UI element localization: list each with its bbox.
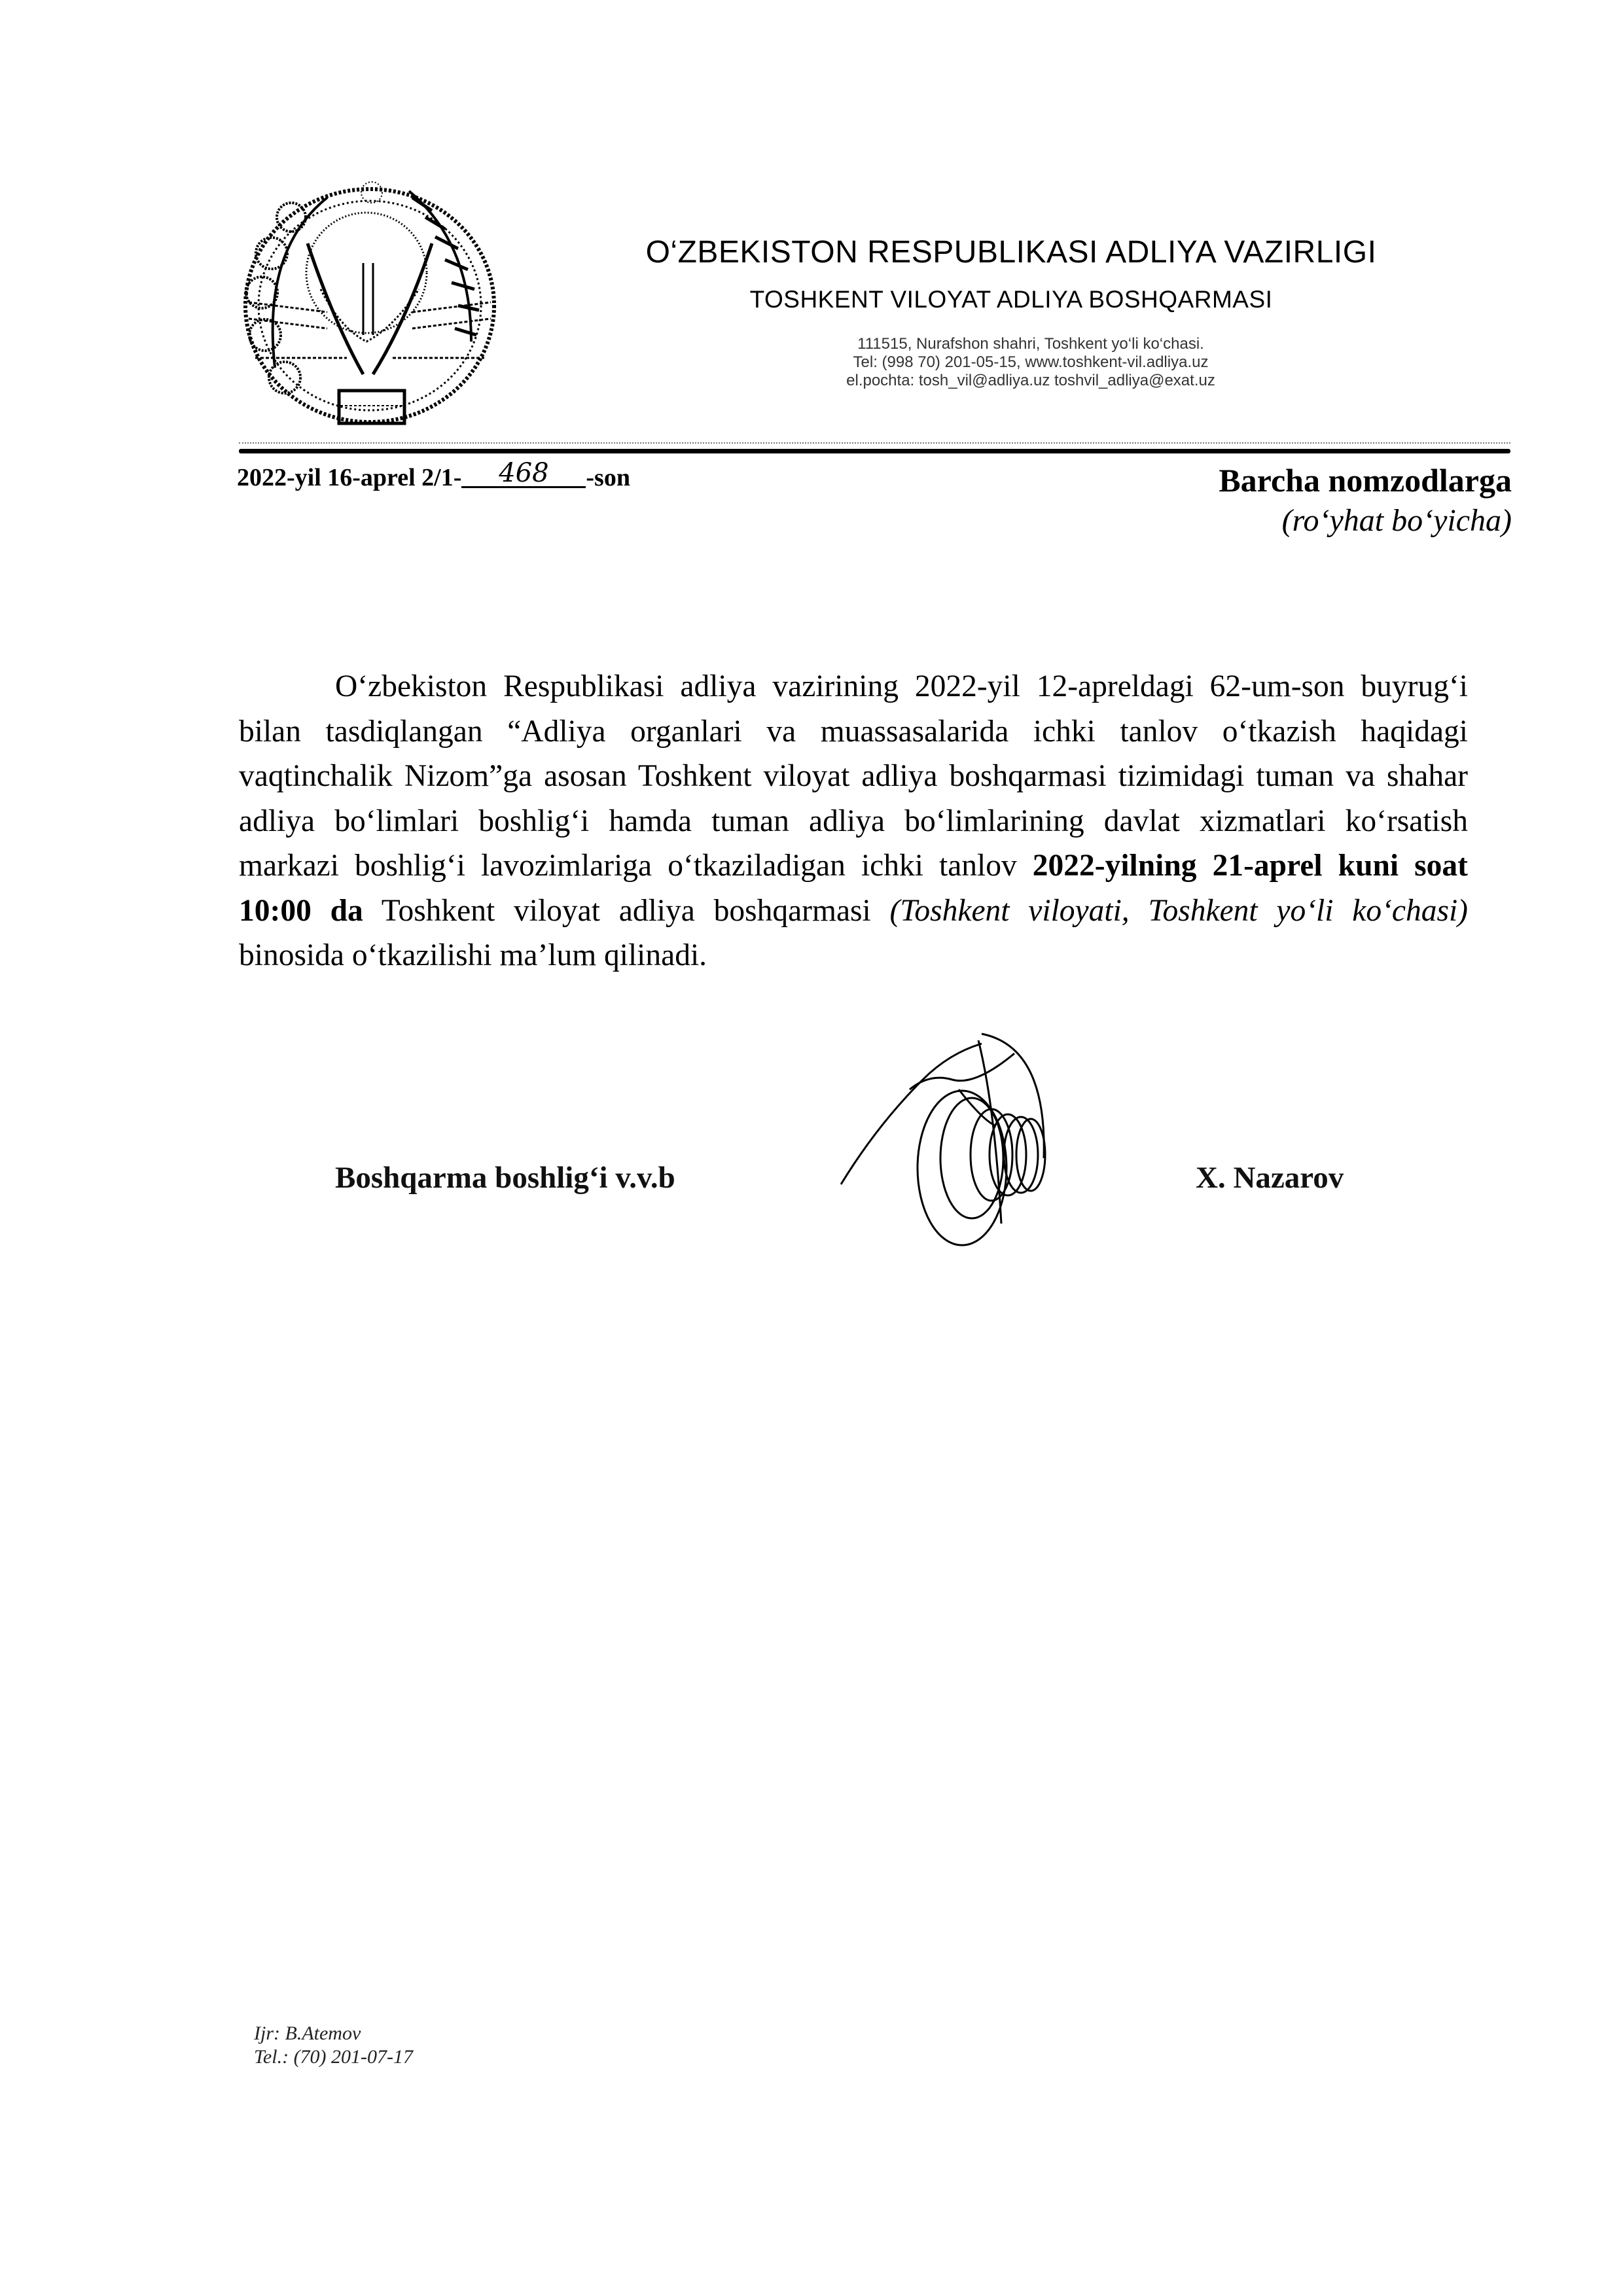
contact-email: el.pochta: tosh_vil@adliya.uz toshvil_ad…: [720, 372, 1342, 390]
addressee-block: Barcha nomzodlarga (ro‘yhat bo‘yicha): [1219, 459, 1512, 540]
state-emblem-icon: [236, 171, 504, 433]
body-text: binosida o‘tkazilishi ma’lum qilinadi.: [239, 938, 707, 972]
letter-body: O‘zbekiston Respublikasi adliya vazirini…: [239, 664, 1468, 978]
reference-number: 468: [461, 460, 586, 488]
body-text: Toshkent viloyat adliya boshqarmasi: [363, 894, 890, 928]
addressee: Barcha nomzodlarga: [1219, 459, 1512, 501]
handwritten-signature-icon: [831, 1027, 1158, 1250]
executor-phone: Tel.: (70) 201-07-17: [254, 2045, 413, 2069]
header-divider-thin: [239, 442, 1510, 444]
signatory-title: Boshqarma boshlig‘i v.v.b: [335, 1160, 675, 1195]
reference-prefix: 2022-yil 16-aprel 2/1-: [237, 464, 461, 491]
contact-address: 111515, Nurafshon shahri, Toshkent yo‘li…: [720, 335, 1342, 353]
addressee-note: (ro‘yhat bo‘yicha): [1219, 501, 1512, 540]
event-location: (Toshkent viloyati, Toshkent yo‘li ko‘ch…: [890, 894, 1468, 928]
body-paragraph: O‘zbekiston Respublikasi adliya vazirini…: [239, 664, 1468, 978]
organization-title: O‘ZBEKISTON RESPUBLIKASI ADLIYA VAZIRLIG…: [576, 234, 1446, 270]
header-divider-thick: [239, 449, 1510, 453]
executor-info: Ijr: B.Atemov Tel.: (70) 201-07-17: [254, 2022, 413, 2069]
document-reference: 2022-yil 16-aprel 2/1-468-son: [237, 463, 630, 492]
reference-suffix: -son: [586, 464, 630, 491]
executor-name: Ijr: B.Atemov: [254, 2022, 413, 2045]
organization-subtitle: TOSHKENT VILOYAT ADLIYA BOSHQARMASI: [576, 286, 1446, 313]
contact-phone-website: Tel: (998 70) 201-05-15, www.toshkent-vi…: [720, 353, 1342, 372]
signatory-name: X. Nazarov: [1196, 1160, 1344, 1195]
